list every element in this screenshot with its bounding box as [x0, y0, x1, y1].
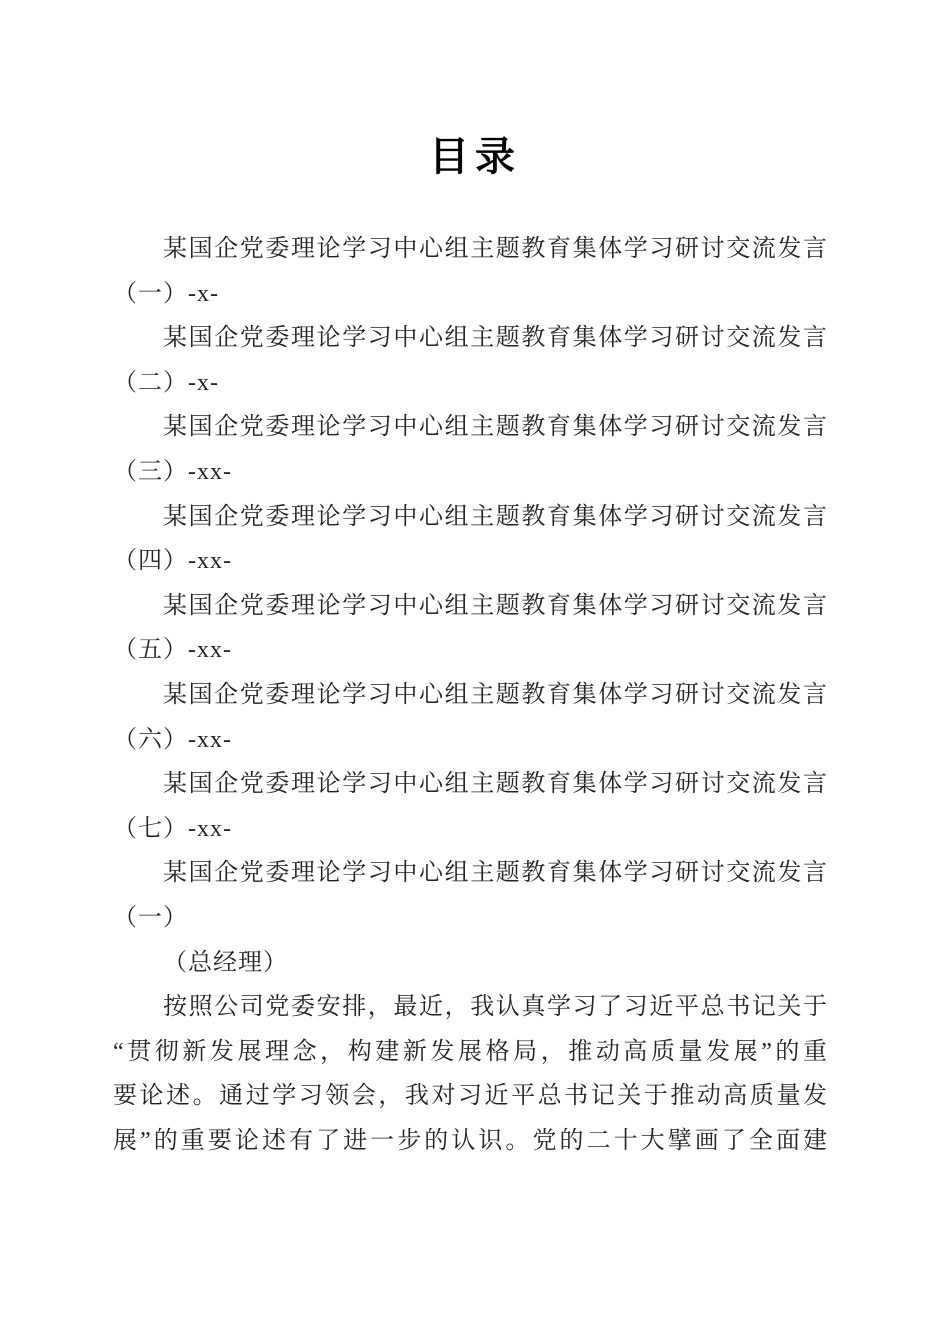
toc-entry: 某国企党委理论学习中心组主题教育集体学习研讨交流发言 （一）-x- — [113, 227, 828, 316]
document-page: 目录 某国企党委理论学习中心组主题教育集体学习研讨交流发言 （一）-x- 某国企… — [0, 0, 950, 1344]
toc-entry-page: （四）-xx- — [113, 539, 828, 584]
article-heading: 某国企党委理论学习中心组主题教育集体学习研讨交流发言 （一） — [113, 851, 828, 940]
toc-entry-page: （七）-xx- — [113, 807, 828, 852]
toc-entry-title: 某国企党委理论学习中心组主题教育集体学习研讨交流发言 — [113, 762, 828, 807]
toc-entry-title: 某国企党委理论学习中心组主题教育集体学习研讨交流发言 — [113, 495, 828, 540]
body-line: “贯彻新发展理念，构建新发展格局，推动高质量发展”的重 — [113, 1030, 828, 1075]
toc-entry-page: （二）-x- — [113, 361, 828, 406]
article-heading-line: 某国企党委理论学习中心组主题教育集体学习研讨交流发言 — [113, 851, 828, 896]
article-heading-number: （一） — [113, 896, 828, 941]
toc-entry-title: 某国企党委理论学习中心组主题教育集体学习研讨交流发言 — [113, 316, 828, 361]
toc-entry-title: 某国企党委理论学习中心组主题教育集体学习研讨交流发言 — [113, 405, 828, 450]
page-title: 目录 — [0, 0, 950, 181]
toc-entry: 某国企党委理论学习中心组主题教育集体学习研讨交流发言 （六）-xx- — [113, 673, 828, 762]
toc-entry-page: （五）-xx- — [113, 628, 828, 673]
toc-entry: 某国企党委理论学习中心组主题教育集体学习研讨交流发言 （五）-xx- — [113, 584, 828, 673]
toc-entry: 某国企党委理论学习中心组主题教育集体学习研讨交流发言 （三）-xx- — [113, 405, 828, 494]
toc-entry-page: （六）-xx- — [113, 718, 828, 763]
toc-entry-title: 某国企党委理论学习中心组主题教育集体学习研讨交流发言 — [113, 227, 828, 272]
article-body: 按照公司党委安排，最近，我认真学习了习近平总书记关于 “贯彻新发展理念，构建新发… — [113, 985, 828, 1163]
body-line: 要论述。通过学习领会，我对习近平总书记关于推动高质量发 — [113, 1074, 828, 1119]
body-line: 展”的重要论述有了进一步的认识。党的二十大擘画了全面建 — [113, 1119, 828, 1164]
toc-entry: 某国企党委理论学习中心组主题教育集体学习研讨交流发言 （四）-xx- — [113, 495, 828, 584]
speaker-line: （总经理） — [113, 941, 828, 986]
toc-entry-page: （三）-xx- — [113, 450, 828, 495]
toc-entry: 某国企党委理论学习中心组主题教育集体学习研讨交流发言 （二）-x- — [113, 316, 828, 405]
document-content: 某国企党委理论学习中心组主题教育集体学习研讨交流发言 （一）-x- 某国企党委理… — [113, 227, 828, 1163]
toc-entry-title: 某国企党委理论学习中心组主题教育集体学习研讨交流发言 — [113, 584, 828, 629]
toc-entry-title: 某国企党委理论学习中心组主题教育集体学习研讨交流发言 — [113, 673, 828, 718]
body-line: 按照公司党委安排，最近，我认真学习了习近平总书记关于 — [113, 985, 828, 1030]
toc-entry: 某国企党委理论学习中心组主题教育集体学习研讨交流发言 （七）-xx- — [113, 762, 828, 851]
toc-entry-page: （一）-x- — [113, 272, 828, 317]
